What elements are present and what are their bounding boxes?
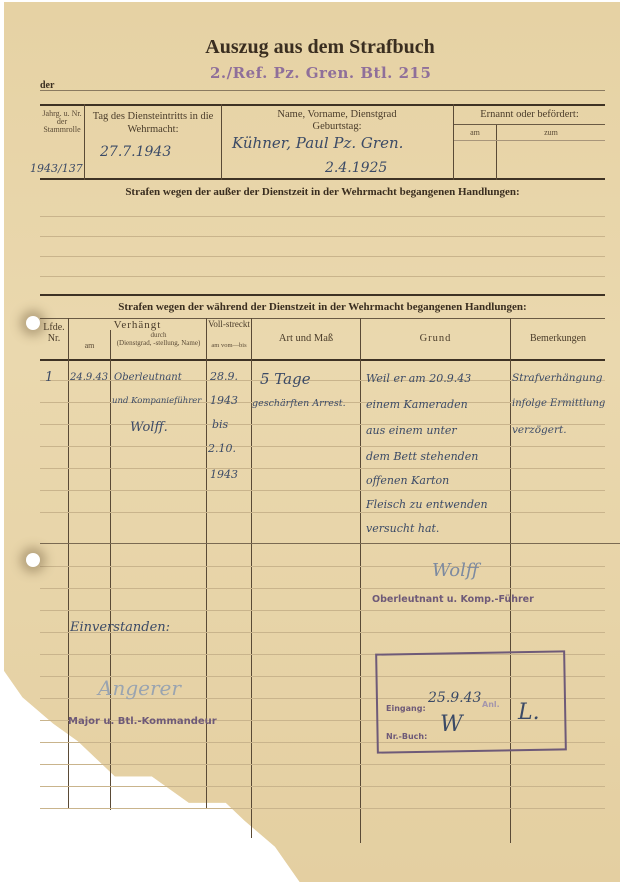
approval-text: Einverstanden:	[70, 620, 170, 635]
entry-vollstreckt-5: 1943	[210, 468, 238, 481]
entry-art-1: 5 Tage	[260, 370, 311, 388]
entry-grund-6: Fleisch zu entwenden	[366, 498, 488, 511]
ruled-line	[40, 216, 605, 217]
col-divider-nr	[68, 318, 69, 808]
entry-durch-3: Wolff.	[130, 420, 168, 435]
col-durch: durch	[111, 331, 206, 339]
company-title-stamp: Oberleutnant u. Komp.-Führer	[372, 594, 534, 605]
ruled-line	[40, 276, 605, 277]
ruled-line	[40, 764, 605, 765]
col-divider-durch	[206, 318, 207, 808]
ruled-line	[40, 786, 605, 787]
col-durch-sub: (Dienstgrad, -stellung, Name)	[111, 339, 206, 347]
entry-grund-2: einem Kameraden	[366, 398, 468, 411]
header-table-top-border	[40, 104, 605, 106]
entry-grund-1: Weil er am 20.9.43	[366, 372, 471, 385]
entry-durch-1: Oberleutnant	[114, 372, 182, 383]
columns-header-bottom	[40, 359, 605, 361]
ruled-line	[40, 446, 605, 447]
col-lfde-nr: Lfde. Nr.	[40, 322, 68, 344]
section-during-title: Strafen wegen der während der Dienstzeit…	[40, 301, 605, 313]
entry-bemerkung-1: Strafverhängung	[512, 372, 603, 384]
receipt-side-mark: L.	[518, 700, 540, 725]
receipt-nr-label: Nr.-Buch:	[386, 732, 427, 741]
stammrolle-label: Jahrg. u. Nr. der Stammrolle	[40, 110, 84, 134]
unit-stamp: 2./Ref. Pz. Gren. Btl. 215	[210, 64, 431, 82]
entry-vollstreckt-3: bis	[212, 418, 228, 431]
entry-grund-5: offenen Karton	[366, 474, 449, 487]
entry-grund-3: aus einem unter	[366, 424, 457, 437]
col-vollstreckt: Voll-streckt	[207, 319, 251, 329]
entry-am: 24.9.43	[70, 372, 108, 383]
col-divider-vollstreckt	[251, 318, 252, 838]
ruled-line	[40, 236, 605, 237]
entry-nr: 1	[45, 370, 53, 385]
battalion-title-stamp: Major u. Btl.-Kommandeur	[68, 716, 217, 727]
ruled-line	[40, 588, 605, 589]
battalion-signature: Angerer	[98, 676, 181, 700]
col-grund: Grund	[361, 332, 510, 345]
header-divider-1	[84, 104, 85, 180]
ruled-line	[40, 808, 605, 809]
document-title: Auszug aus dem Strafbuch	[0, 36, 640, 59]
header-subrow-line	[454, 124, 605, 125]
entry-bemerkung-3: verzögert.	[512, 424, 567, 436]
punch-hole-bottom	[26, 553, 40, 567]
receipt-eingang-label: Eingang:	[386, 704, 426, 713]
der-underline	[40, 90, 605, 91]
stammrolle-value: 1943/137	[30, 162, 83, 175]
company-signature: Wolff	[432, 560, 479, 581]
ernannt-zum-label: zum	[497, 129, 605, 137]
receipt-eingang-date: 25.9.43	[428, 690, 481, 706]
entry-durch-2: und Kompanieführer	[112, 396, 201, 406]
header-subrow-line-2	[454, 140, 605, 141]
ruled-line	[40, 566, 605, 567]
geburtstag-value: 2.4.1925	[325, 160, 387, 176]
geburtstag-label: Geburtstag:	[222, 120, 452, 133]
punch-hole-top	[26, 316, 40, 330]
ruled-line	[40, 490, 605, 491]
entry-grund-7: versucht hat.	[366, 522, 439, 535]
section-outside-title: Strafen wegen der außer der Dienstzeit i…	[40, 186, 605, 198]
ruled-line	[40, 610, 605, 611]
ruled-line	[40, 468, 605, 469]
section-during-top-border	[40, 294, 605, 296]
diensteintritt-value: 27.7.1943	[100, 144, 171, 160]
entry-vollstreckt-4: 2.10.	[208, 442, 236, 455]
entry-bemerkung-2: infolge Ermittlung	[512, 398, 605, 409]
entry-separator	[40, 543, 620, 544]
receipt-anl-label: Anl.	[482, 700, 500, 709]
entry-vollstreckt-1: 28.9.	[210, 370, 238, 383]
col-art-und-mass: Art und Maß	[252, 332, 360, 345]
ernannt-am-label: am	[454, 129, 496, 137]
header-table-bottom-border	[40, 178, 605, 180]
col-am: am	[69, 342, 110, 350]
entry-vollstreckt-2: 1943	[210, 394, 238, 407]
entry-art-2: geschärften Arrest.	[252, 398, 346, 409]
ruled-line	[40, 256, 605, 257]
ruled-line	[40, 512, 605, 513]
ernannt-label: Ernannt oder befördert:	[454, 108, 605, 121]
name-value: Kühner, Paul Pz. Gren.	[232, 134, 403, 152]
receipt-initial: W	[440, 712, 463, 737]
entry-grund-4: dem Bett stehenden	[366, 450, 478, 463]
col-vollstreckt-sub: am vom—bis	[207, 342, 251, 350]
col-bemerkungen: Bemerkungen	[511, 332, 605, 345]
diensteintritt-label: Tag des Diensteintritts in die Wehrmacht…	[86, 110, 220, 136]
